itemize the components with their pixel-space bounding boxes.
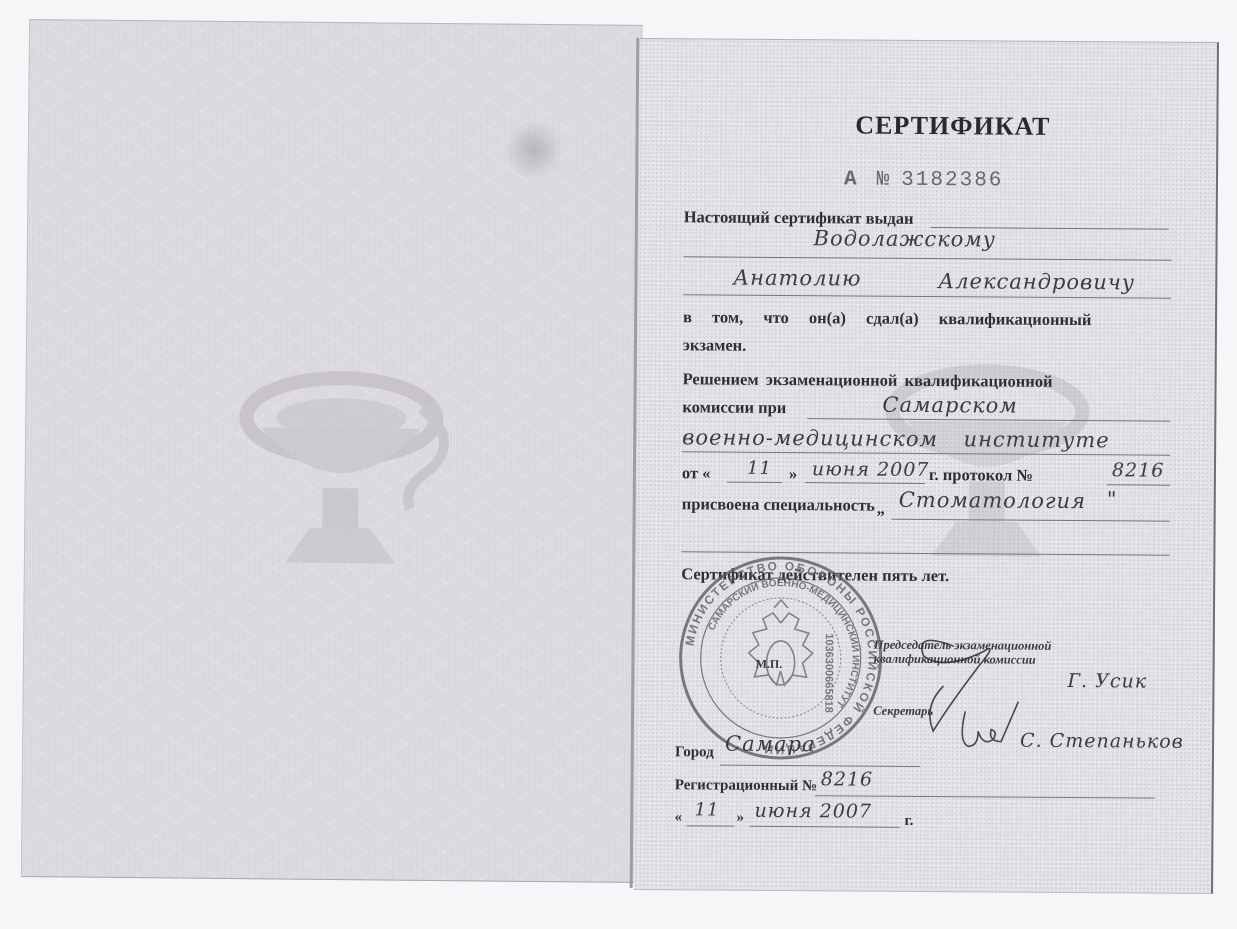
exam-line-1: в том, что он(а) сдал(а) квалификационны… [683,307,1092,330]
reg-date-suffix: г. [904,813,913,830]
protocol-number: 8216 [1112,459,1165,481]
svg-text:1036300665818: 1036300665818 [822,633,835,713]
bowl-of-hygieia-watermark-icon [230,347,462,579]
specialty-open-quote: „ [877,499,885,519]
rule-line [815,795,1155,798]
reg-date-open: « [674,809,682,826]
recipient-name: Анатолию [733,266,861,291]
registration-label: Регистрационный № [675,777,818,795]
specialty-value: Стоматология [899,488,1086,513]
protocol-label: г. протокол № [929,465,1033,486]
date-prefix: от « [682,463,711,483]
rule-line [683,256,1171,260]
institution-line-1: Самарском [882,393,1017,418]
secretary-label: Секретарь [873,704,933,719]
recipient-surname: Водолажскому [814,226,996,251]
left-page [21,19,643,883]
rule-line [805,482,925,484]
rule-line [727,482,782,483]
specialty-close-quote: " [1107,487,1118,511]
certificate-title: СЕРТИФИКАТ [639,109,1216,143]
city-label: Город [675,744,714,761]
commission-label: комиссии при [682,397,786,418]
number-sign: № [877,169,892,192]
svg-text:САМАРСКИЙ ВОЕННО-МЕДИЦИНСКИЙ И: САМАРСКИЙ ВОЕННО-МЕДИЦИНСКИЙ ИНСТИТУТ [706,577,863,709]
rule-line [683,294,1171,298]
recipient-patronymic: Александровичу [938,269,1135,294]
reg-date-day: 11 [695,799,720,820]
decision-line: Решением экзаменационной квалификационно… [683,369,1053,392]
certificate-page: СЕРТИФИКАТ А№3182386 Настоящий сертифика… [634,38,1219,894]
registration-number: 8216 [821,768,874,790]
series-letter: А [844,168,859,191]
issued-to-label: Настоящий сертификат выдан [684,207,914,229]
rule-line [749,826,899,828]
serial-digits: 3182386 [901,169,1003,193]
reg-date-month-year: июня 2007 [755,800,873,823]
decision-date-month-year: июня 2007 [812,458,930,481]
reg-date-close: » [736,810,744,827]
exam-line-2: экзамен. [683,335,747,355]
specialty-label: присвоена специальность [682,494,875,515]
secretary-name: С. Степаньков [1020,730,1184,753]
institution-line-2: военно-медицинском институте [682,425,1110,452]
rule-line [686,825,734,826]
date-mid: » [789,464,797,484]
chairman-name: Г. Усик [1067,670,1147,693]
certificate-serial-number: А№3182386 [844,168,1004,192]
city-value: Самара [725,732,816,757]
smudge-mark [504,120,565,181]
stamp-place-label: М.П. [756,657,783,672]
secretary-signature [953,691,1023,756]
rule-line [1107,484,1170,485]
decision-date-day: 11 [747,458,772,479]
rule-line [720,765,920,767]
